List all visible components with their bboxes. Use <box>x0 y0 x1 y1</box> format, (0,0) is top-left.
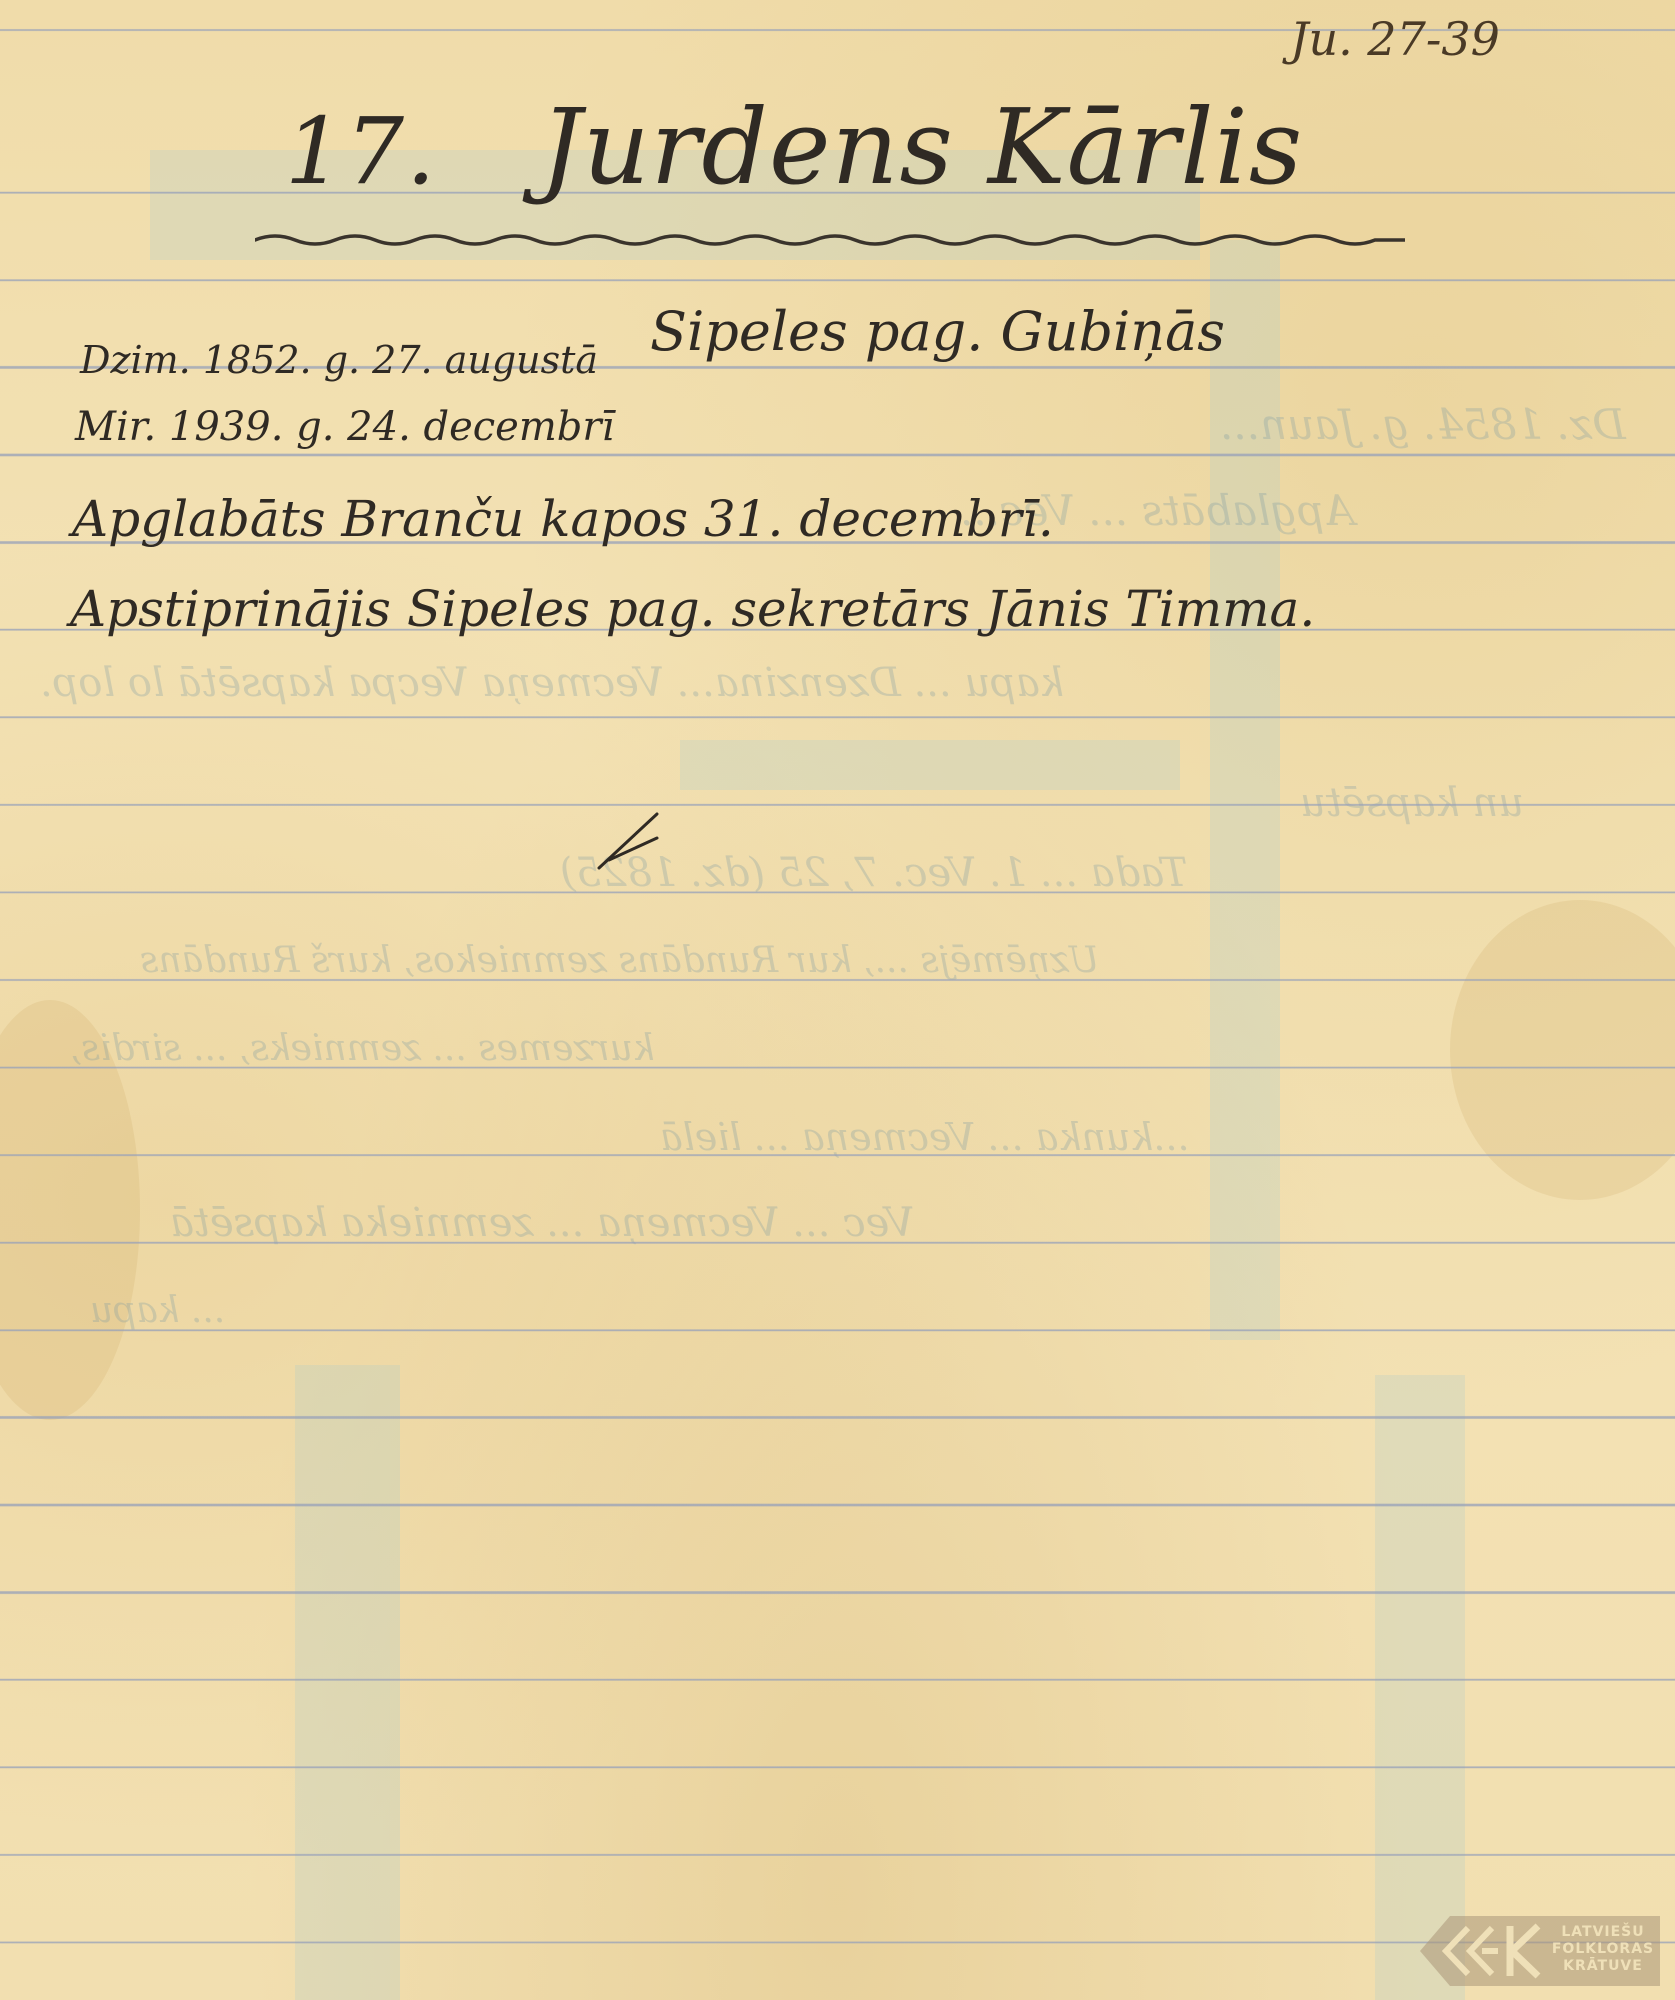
bleed-through-text: kapu ... Dzenzina... Vecmeņa Vecpa kapsē… <box>40 660 1064 706</box>
burial-note: Apglabāts Branču kapos 31. decembrī. <box>72 490 1054 548</box>
pencil-tick-mark <box>595 812 665 872</box>
location-text: Sipeles pag. Gubiņās <box>650 300 1225 363</box>
watermark-line: FOLKLORAS <box>1548 1941 1658 1958</box>
bleed-through-text: Vec ... Vecmeņa ... zemnieka kapsētā <box>170 1200 914 1246</box>
archive-watermark-logo: LATVIEŠU FOLKLORAS KRĀTUVE <box>1420 1916 1660 1986</box>
bleed-through-block <box>295 1365 400 2000</box>
bleed-through-text: kurzemes ... zemnieks, ... sirdis, <box>70 1028 655 1069</box>
bleed-through-text: Dz. 1854. g. Jaun... <box>1220 400 1626 449</box>
entry-number: 17. <box>285 98 437 205</box>
archival-page: Dz. 1854. g. Jaun... Apglabāts ... Vec..… <box>0 0 1675 2000</box>
watermark-line: LATVIEŠU <box>1548 1924 1658 1941</box>
paper-stain <box>1450 900 1675 1200</box>
bleed-through-text: ... kapu <box>90 1290 225 1331</box>
entry-title-name: Jurdens Kārlis <box>540 86 1303 208</box>
death-date: Mir. 1939. g. 24. decembrī <box>75 404 614 450</box>
bleed-through-block <box>1375 1375 1465 2000</box>
witness-note: Apstiprinājis Sipeles pag. sekretārs Jān… <box>70 580 1315 638</box>
birth-date: Dzim. 1852. g. 27. augustā <box>80 338 598 382</box>
bleed-through-block <box>680 740 1180 790</box>
watermark-line: KRĀTUVE <box>1548 1958 1658 1975</box>
archive-reference: Ju. 27-39 <box>1290 12 1500 66</box>
bleed-through-text: un kapsētu <box>1300 780 1524 826</box>
bleed-through-text: ...kunka ... Vecmeņa ... lielā <box>660 1115 1190 1159</box>
watermark-text: LATVIEŠU FOLKLORAS KRĀTUVE <box>1548 1924 1658 1975</box>
bleed-through-text: Uzņēmējs ..., kur Rundāns zemniekos, kur… <box>140 940 1099 981</box>
wavy-underline <box>255 232 1405 246</box>
